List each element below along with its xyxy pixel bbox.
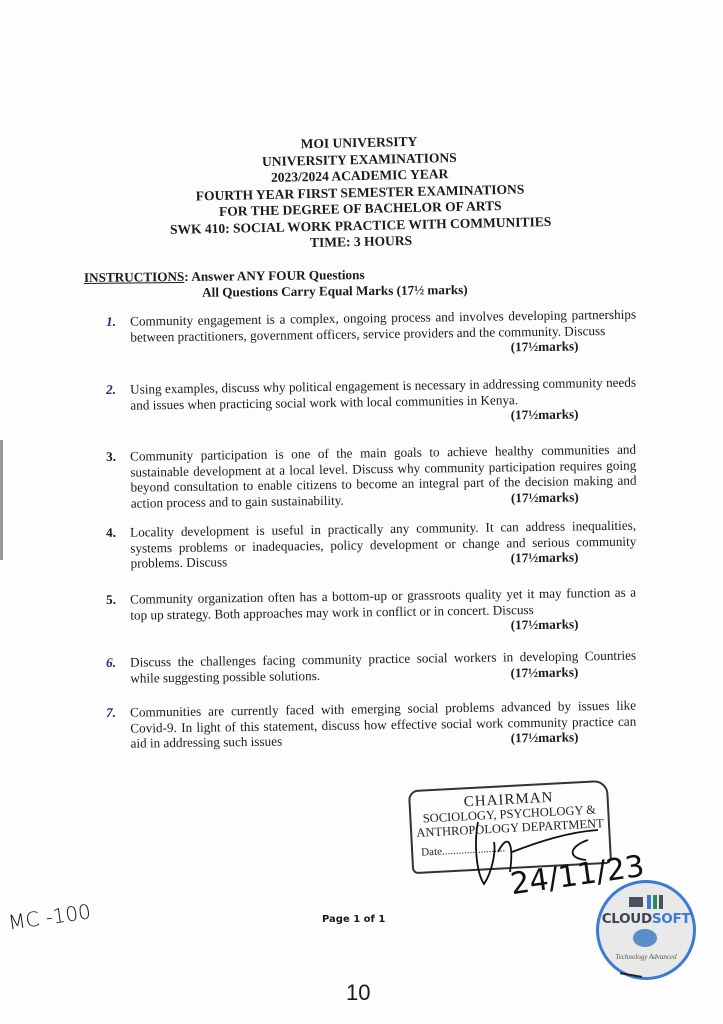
instructions: INSTRUCTIONS: Answer ANY FOUR Questions … (84, 266, 468, 302)
question-marks: (17½marks) (511, 338, 637, 355)
question-2: 2. Using examples, discuss why political… (106, 375, 637, 429)
instructions-label: INSTRUCTIONS (84, 269, 185, 285)
question-number: 3. (106, 449, 126, 465)
exam-header: MOI UNIVERSITY UNIVERSITY EXAMINATIONS 2… (139, 130, 581, 255)
computer-books-icon (629, 895, 663, 909)
question-6: 6. Discuss the challenges facing communi… (106, 648, 636, 686)
question-marks: (17½marks) (511, 488, 637, 505)
question-text: Community engagement is a complex, ongoi… (130, 307, 636, 345)
globe-icon (633, 929, 657, 947)
logo-name-part1: CLOUD (602, 911, 652, 927)
handwritten-note: MC -100 (7, 899, 93, 934)
exam-paper-page: MOI UNIVERSITY UNIVERSITY EXAMINATIONS 2… (0, 0, 723, 1024)
question-marks: (17½marks) (510, 663, 636, 680)
question-number: 7. (106, 705, 126, 721)
page-label: Page 1 of 1 (322, 914, 385, 925)
scan-edge-mark (0, 440, 3, 560)
question-number: 2. (106, 382, 126, 398)
question-5: 5. Community organization often has a bo… (106, 585, 637, 639)
question-marks: (17½marks) (511, 729, 637, 746)
logo-name-part2: SOFT (652, 911, 690, 927)
question-number: 6. (106, 655, 126, 671)
question-number: 1. (106, 314, 126, 330)
instructions-line1: : Answer ANY FOUR Questions (184, 267, 364, 284)
question-number: 4. (106, 525, 126, 541)
question-7: 7. Communities are currently faced with … (106, 698, 637, 752)
question-marks: (17½marks) (511, 549, 637, 566)
cloudsoft-logo: CLOUDSOFT Technology Advanced (596, 880, 696, 980)
question-1: 1. Community engagement is a complex, on… (106, 307, 637, 361)
question-number: 5. (106, 592, 126, 608)
question-4: 4. Locality development is useful in pra… (106, 518, 637, 572)
question-3: 3. Community participation is one of the… (106, 442, 637, 511)
question-marks: (17½marks) (511, 406, 637, 423)
page-number: 10 (346, 980, 370, 1006)
logo-tagline: Technology Advanced (599, 953, 693, 961)
